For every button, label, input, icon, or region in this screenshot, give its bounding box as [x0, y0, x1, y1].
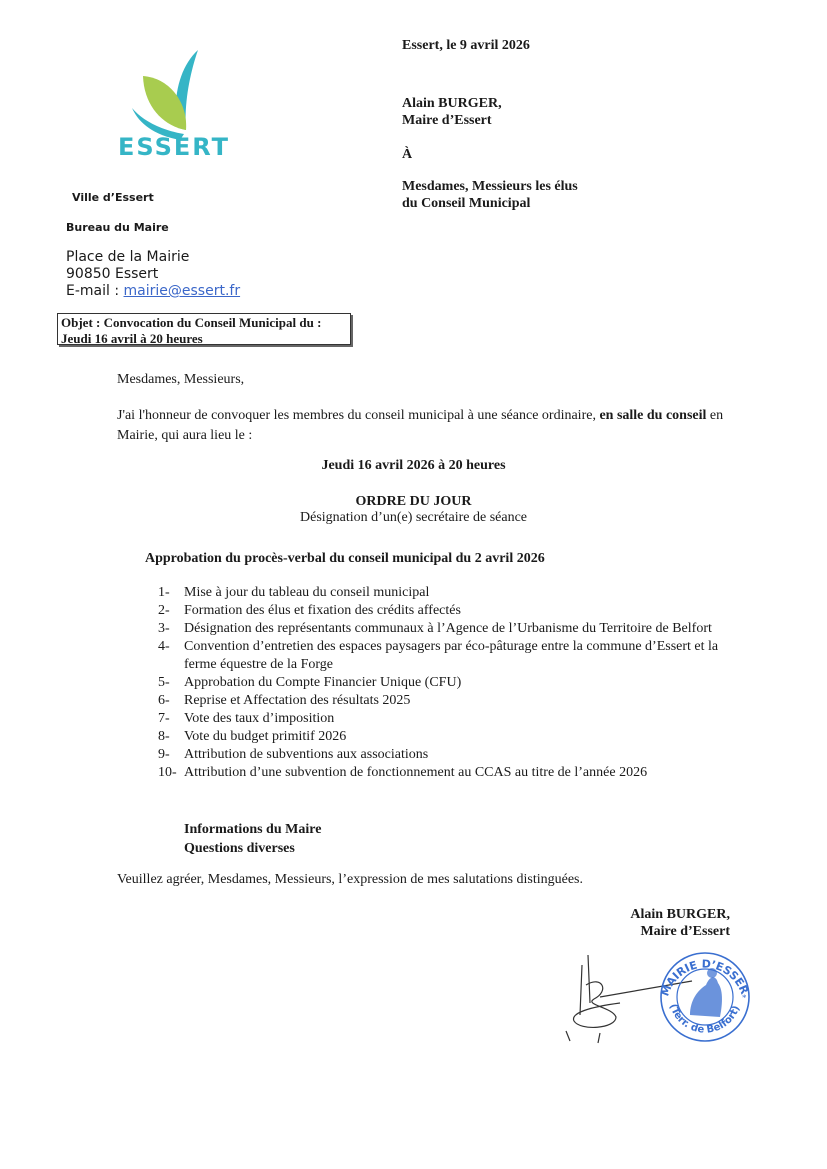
agenda-list: 1-Mise à jour du tableau du conseil muni… — [158, 584, 738, 782]
agenda-item-text: Vote du budget primitif 2026 — [184, 728, 738, 746]
recipient-block: Mesdames, Messieurs les élus du Conseil … — [402, 178, 578, 212]
agenda-item-number: 10- — [158, 764, 184, 782]
agenda-item-text: Mise à jour du tableau du conseil munici… — [184, 584, 738, 602]
address-line-2: 90850 Essert — [66, 266, 240, 283]
agenda-item-number: 6- — [158, 692, 184, 710]
informations-du-maire: Informations du Maire — [184, 820, 321, 839]
closing-formula: Veuillez agréer, Mesdames, Messieurs, l’… — [117, 872, 583, 888]
designation-line: Désignation d’un(e) secrétaire de séance — [0, 510, 827, 526]
agenda-item: 5-Approbation du Compte Financier Unique… — [158, 674, 738, 692]
agenda-item: 9-Attribution de subventions aux associa… — [158, 746, 738, 764]
objet-line-1: Objet : Convocation du Conseil Municipal… — [61, 315, 347, 331]
agenda-item-number: 9- — [158, 746, 184, 764]
agenda-item: 8-Vote du budget primitif 2026 — [158, 728, 738, 746]
agenda-item-text: Reprise et Affectation des résultats 202… — [184, 692, 738, 710]
official-stamp-icon: MAIRIE D’ESSERT (Terr. de Belfort) * — [560, 945, 750, 1045]
signature-title: Maire d’Essert — [600, 923, 730, 940]
agenda-item-number: 4- — [158, 638, 184, 674]
svg-text:*: * — [742, 993, 747, 1003]
address-line-1: Place de la Mairie — [66, 249, 240, 266]
logo-wordmark: ESSERT — [118, 133, 230, 161]
objet-box: Objet : Convocation du Conseil Municipal… — [57, 313, 351, 345]
agenda-item-text: Désignation des représentants communaux … — [184, 620, 738, 638]
agenda-item-text: Vote des taux d’imposition — [184, 710, 738, 728]
para-bold-location: en salle du conseil — [599, 408, 706, 423]
sender-signature-block: Alain BURGER, Maire d’Essert — [402, 95, 502, 129]
to-label: À — [402, 147, 412, 163]
approbation-line: Approbation du procès-verbal du conseil … — [145, 551, 545, 567]
meeting-datetime: Jeudi 16 avril 2026 à 20 heures — [0, 458, 827, 474]
para-text: J'ai l'honneur de convoquer les membres … — [117, 408, 599, 423]
agenda-item: 2-Formation des élus et fixation des cré… — [158, 602, 738, 620]
agenda-item-number: 3- — [158, 620, 184, 638]
agenda-item: 6-Reprise et Affectation des résultats 2… — [158, 692, 738, 710]
info-block: Informations du Maire Questions diverses — [184, 820, 321, 858]
agenda-item: 10-Attribution d’une subvention de fonct… — [158, 764, 738, 782]
agenda-item: 4-Convention d’entretien des espaces pay… — [158, 638, 738, 674]
agenda-item-number: 7- — [158, 710, 184, 728]
handwritten-signature-icon — [566, 955, 692, 1043]
agenda-item: 3-Désignation des représentants communau… — [158, 620, 738, 638]
agenda-item-number: 8- — [158, 728, 184, 746]
agenda-item-text: Approbation du Compte Financier Unique (… — [184, 674, 738, 692]
ordre-du-jour-heading: ORDRE DU JOUR — [0, 494, 827, 510]
agenda-item-text: Formation des élus et fixation des crédi… — [184, 602, 738, 620]
signature-block: Alain BURGER, Maire d’Essert — [600, 906, 730, 940]
sender-name: Alain BURGER, — [402, 95, 502, 112]
recipient-line-2: du Conseil Municipal — [402, 195, 578, 212]
agenda-item-number: 5- — [158, 674, 184, 692]
sender-address: Place de la Mairie 90850 Essert E-mail :… — [66, 249, 240, 300]
ville-label: Ville d’Essert — [72, 191, 154, 204]
intro-paragraph: J'ai l'honneur de convoquer les membres … — [117, 406, 737, 446]
bureau-label: Bureau du Maire — [66, 221, 169, 234]
email-label: E-mail : — [66, 283, 124, 299]
agenda-item-text: Attribution d’une subvention de fonction… — [184, 764, 738, 782]
email-line: E-mail : mairie@essert.fr — [66, 283, 240, 300]
email-link[interactable]: mairie@essert.fr — [124, 283, 241, 299]
recipient-line-1: Mesdames, Messieurs les élus — [402, 178, 578, 195]
salutation: Mesdames, Messieurs, — [117, 372, 244, 388]
agenda-item-number: 1- — [158, 584, 184, 602]
agenda-item-text: Attribution de subventions aux associati… — [184, 746, 738, 764]
letter-date: Essert, le 9 avril 2026 — [402, 38, 530, 54]
signature-name: Alain BURGER, — [600, 906, 730, 923]
questions-diverses: Questions diverses — [184, 839, 321, 858]
sender-title: Maire d’Essert — [402, 112, 502, 129]
agenda-item: 1-Mise à jour du tableau du conseil muni… — [158, 584, 738, 602]
objet-line-2: Jeudi 16 avril à 20 heures — [61, 331, 347, 347]
agenda-item: 7-Vote des taux d’imposition — [158, 710, 738, 728]
agenda-item-text: Convention d’entretien des espaces paysa… — [184, 638, 738, 674]
agenda-item-number: 2- — [158, 602, 184, 620]
